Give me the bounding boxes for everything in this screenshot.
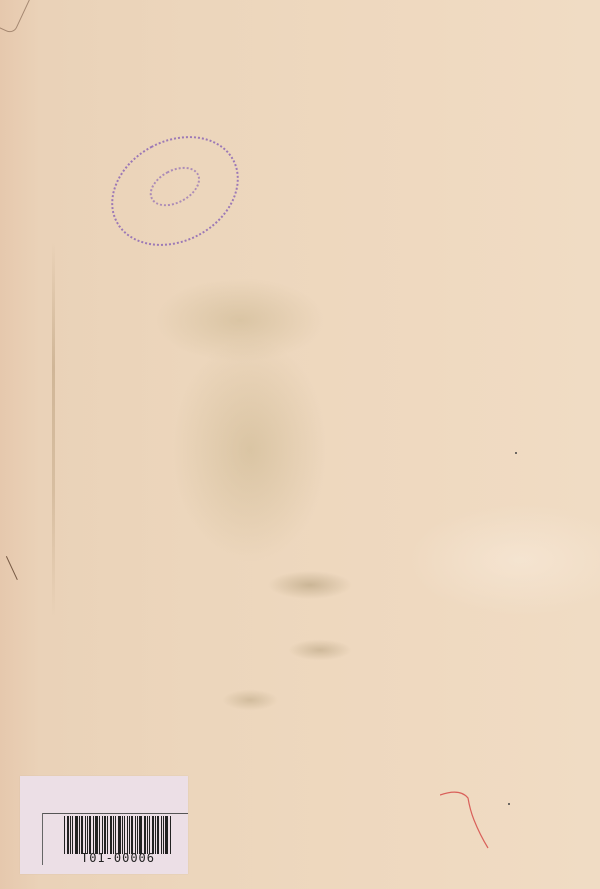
stamp-inner-ring — [143, 159, 207, 214]
library-stamp — [92, 115, 258, 268]
sticker-border-line — [42, 813, 188, 814]
ink-speck — [508, 803, 510, 805]
torn-corner — [0, 0, 31, 35]
red-fiber-mark — [440, 790, 500, 855]
barcode-number: T01-00006 — [64, 851, 172, 865]
book-back-cover: T01-00006 — [0, 0, 600, 889]
ink-speck — [515, 452, 517, 454]
spine-fold-crease — [52, 240, 55, 620]
barcode — [64, 816, 172, 854]
sticker-border-line — [42, 813, 43, 865]
torn-edge — [0, 556, 18, 586]
barcode-sticker: T01-00006 — [20, 776, 188, 874]
